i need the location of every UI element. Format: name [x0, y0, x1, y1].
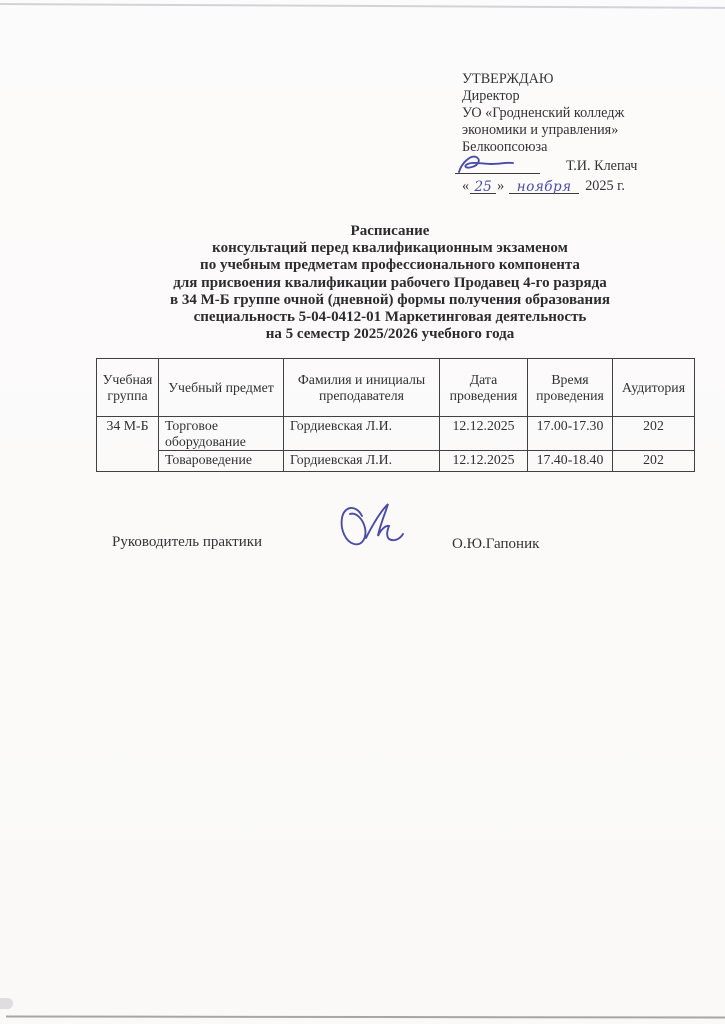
table-row: 34 М-Б Торговое оборудование Гордиевская… — [97, 417, 695, 451]
quote-open: « — [462, 178, 469, 194]
cell-room: 202 — [613, 417, 695, 451]
footer-signer-name: О.Ю.Гапоник — [452, 536, 539, 553]
scan-edge-bottom — [6, 1015, 725, 1018]
title-line-7: на 5 семестр 2025/2026 учебного года — [55, 326, 725, 343]
approval-date-line: «25»ноября2025 г. — [462, 178, 712, 195]
header-time: Время проведения — [528, 359, 613, 417]
table-header-row: Учебная группа Учебный предмет Фамилия и… — [97, 359, 695, 417]
title-line-6: специальность 5-04-0412-01 Маркетинговая… — [55, 309, 725, 326]
date-day-handwritten: 25 — [470, 179, 496, 194]
cell-date: 12.12.2025 — [440, 451, 528, 472]
cell-subject: Товароведение — [159, 451, 284, 472]
footer-role-label: Руководитель практики — [112, 534, 262, 551]
cell-group: 34 М-Б — [97, 417, 159, 472]
approval-block: УТВЕРЖДАЮ Директор УО «Гродненский колле… — [462, 71, 712, 194]
director-signature-line: Т.И. Клепач — [462, 158, 712, 177]
header-teacher: Фамилия и инициалы преподавателя — [284, 359, 440, 417]
date-year: 2025 г. — [585, 178, 625, 194]
table-row: Товароведение Гордиевская Л.И. 12.12.202… — [97, 451, 695, 472]
header-date: Дата проведения — [440, 359, 528, 417]
title-line-4: для присвоения квалификации рабочего Про… — [55, 275, 725, 292]
cell-room: 202 — [613, 451, 695, 472]
approve-heading: УТВЕРЖДАЮ — [462, 71, 712, 88]
director-name: Т.И. Клепач — [566, 158, 637, 174]
header-room: Аудитория — [613, 359, 695, 417]
schedule-table: Учебная группа Учебный предмет Фамилия и… — [96, 358, 695, 472]
title-line-1: Расписание — [55, 223, 725, 240]
cell-teacher: Гордиевская Л.И. — [284, 417, 440, 451]
scan-edge-top — [0, 3, 725, 8]
scanned-document-page: УТВЕРЖДАЮ Директор УО «Гродненский колле… — [0, 0, 725, 1024]
quote-close: » — [497, 178, 504, 194]
footer-signature-ink — [336, 498, 420, 562]
cell-time: 17.00-17.30 — [528, 417, 613, 451]
document-title: Расписание консультаций перед квалификац… — [55, 223, 725, 343]
approve-director: Директор — [462, 88, 712, 105]
approve-org-line-1: УО «Гродненский колледж — [462, 105, 712, 122]
signature-underline — [455, 159, 540, 174]
cell-time: 17.40-18.40 — [528, 451, 613, 472]
approve-org-line-2: экономики и управления» — [462, 122, 712, 139]
header-group: Учебная группа — [97, 359, 159, 417]
title-line-5: в 34 М-Б группе очной (дневной) формы по… — [55, 292, 725, 309]
title-line-3: по учебным предметам профессионального к… — [55, 257, 725, 274]
cell-subject: Торговое оборудование — [159, 417, 284, 451]
title-line-2: консультаций перед квалификационным экза… — [55, 240, 725, 257]
cell-teacher: Гордиевская Л.И. — [284, 451, 440, 472]
header-subject: Учебный предмет — [159, 359, 284, 417]
director-signature-ink — [455, 151, 527, 177]
scan-smudge — [0, 998, 13, 1009]
date-month-handwritten: ноября — [509, 179, 579, 194]
cell-date: 12.12.2025 — [440, 417, 528, 451]
